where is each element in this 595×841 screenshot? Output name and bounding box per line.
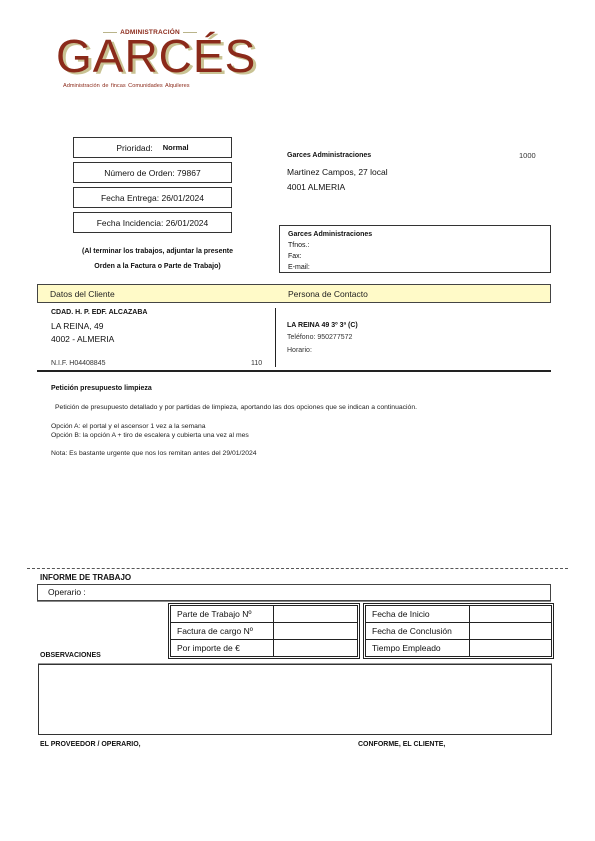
request-note: Nota: Es bastante urgente que nos los re… bbox=[51, 450, 257, 457]
provider-signature-label: EL PROVEEDOR / OPERARIO, bbox=[40, 741, 141, 748]
observations-field[interactable] bbox=[38, 664, 552, 735]
client-separator bbox=[275, 308, 276, 367]
amount-field[interactable] bbox=[274, 640, 358, 657]
client-name: CDAD. H. P. EDF. ALCAZABA bbox=[51, 309, 147, 316]
dates-table: Fecha de Inicio Fecha de Conclusión Tiem… bbox=[363, 603, 554, 659]
contact-box-email: E-mail: bbox=[288, 262, 542, 273]
client-signature-label: CONFORME, EL CLIENTE, bbox=[358, 741, 445, 748]
order-number-box: Número de Orden: 79867 bbox=[73, 162, 232, 183]
cut-divider bbox=[27, 568, 568, 569]
contact-box-name: Garces Administraciones bbox=[288, 231, 372, 238]
provider-contact-box: Garces Administraciones Tfnos.: Fax: E-m… bbox=[279, 225, 551, 273]
table-row: Parte de Trabajo Nº bbox=[171, 606, 358, 623]
incident-date: Fecha Incidencia: 26/01/2024 bbox=[97, 218, 209, 228]
delivery-date: Fecha Entrega: 26/01/2024 bbox=[101, 193, 204, 203]
client-header-left: Datos del Cliente bbox=[50, 289, 115, 299]
billing-table: Parte de Trabajo Nº Factura de cargo Nº … bbox=[168, 603, 360, 659]
table-row: Tiempo Empleado bbox=[366, 640, 552, 657]
client-address1: LA REINA, 49 bbox=[51, 321, 103, 331]
request-title: Petición presupuesto limpieza bbox=[51, 385, 152, 392]
client-bottom-rule bbox=[37, 370, 551, 372]
time-spent-field[interactable] bbox=[470, 640, 552, 657]
client-header-right: Persona de Contacto bbox=[288, 289, 368, 299]
contact-name: LA REINA 49 3º 3ª (C) bbox=[287, 322, 358, 329]
contact-box-phones: Tfnos.: bbox=[288, 240, 542, 251]
provider-address1: Martinez Campos, 27 local bbox=[287, 167, 388, 177]
start-date-field[interactable] bbox=[470, 606, 552, 623]
client-nif: N.I.F. H04408845 bbox=[51, 360, 105, 367]
provider-name: Garces Administraciones bbox=[287, 152, 371, 159]
billing-label: Por importe de € bbox=[171, 640, 274, 657]
dates-label: Tiempo Empleado bbox=[366, 640, 470, 657]
client-header: Datos del Cliente Persona de Contacto bbox=[37, 284, 551, 303]
client-code: 110 bbox=[251, 360, 262, 367]
logo-subtitle: Administración de fincas Comunidades Alq… bbox=[63, 83, 190, 89]
priority-value: Normal bbox=[163, 143, 189, 152]
operator-field[interactable]: Operario : bbox=[37, 584, 551, 601]
contact-phone: Teléfono: 950277572 bbox=[287, 334, 352, 341]
provider-address2: 4001 ALMERIA bbox=[287, 182, 345, 192]
observations-label: OBSERVACIONES bbox=[40, 652, 101, 659]
request-option-b: Opción B: la opción A + tiro de escalera… bbox=[51, 432, 249, 439]
report-title: INFORME DE TRABAJO bbox=[40, 573, 131, 582]
billing-label: Parte de Trabajo Nº bbox=[171, 606, 274, 623]
table-row: Fecha de Conclusión bbox=[366, 623, 552, 640]
operator-label: Operario : bbox=[48, 587, 86, 597]
invoice-number-field[interactable] bbox=[274, 623, 358, 640]
provider-code: 1000 bbox=[519, 151, 536, 160]
order-number: Número de Orden: 79867 bbox=[104, 168, 200, 178]
priority-label: Prioridad: bbox=[116, 143, 152, 153]
request-description: Petición de presupuesto detallado y por … bbox=[55, 404, 417, 411]
contact-box-fax: Fax: bbox=[288, 251, 542, 262]
priority-box: Prioridad: Normal bbox=[73, 137, 232, 158]
incident-date-box: Fecha Incidencia: 26/01/2024 bbox=[73, 212, 232, 233]
table-row: Factura de cargo Nº bbox=[171, 623, 358, 640]
table-row: Por importe de € bbox=[171, 640, 358, 657]
request-option-a: Opción A: el portal y el ascensor 1 vez … bbox=[51, 423, 206, 430]
work-order-number-field[interactable] bbox=[274, 606, 358, 623]
attach-note-line1: (Al terminar los trabajos, adjuntar la p… bbox=[40, 244, 275, 259]
contact-hours: Horario: bbox=[287, 347, 312, 354]
delivery-date-box: Fecha Entrega: 26/01/2024 bbox=[73, 187, 232, 208]
dates-label: Fecha de Conclusión bbox=[366, 623, 470, 640]
dates-label: Fecha de Inicio bbox=[366, 606, 470, 623]
client-address2: 4002 - ALMERIA bbox=[51, 334, 114, 344]
billing-label: Factura de cargo Nº bbox=[171, 623, 274, 640]
attach-note-line2: Orden a la Factura o Parte de Trabajo) bbox=[40, 259, 275, 274]
table-row: Fecha de Inicio bbox=[366, 606, 552, 623]
logo-brand: GARCÉS bbox=[56, 33, 256, 79]
end-date-field[interactable] bbox=[470, 623, 552, 640]
